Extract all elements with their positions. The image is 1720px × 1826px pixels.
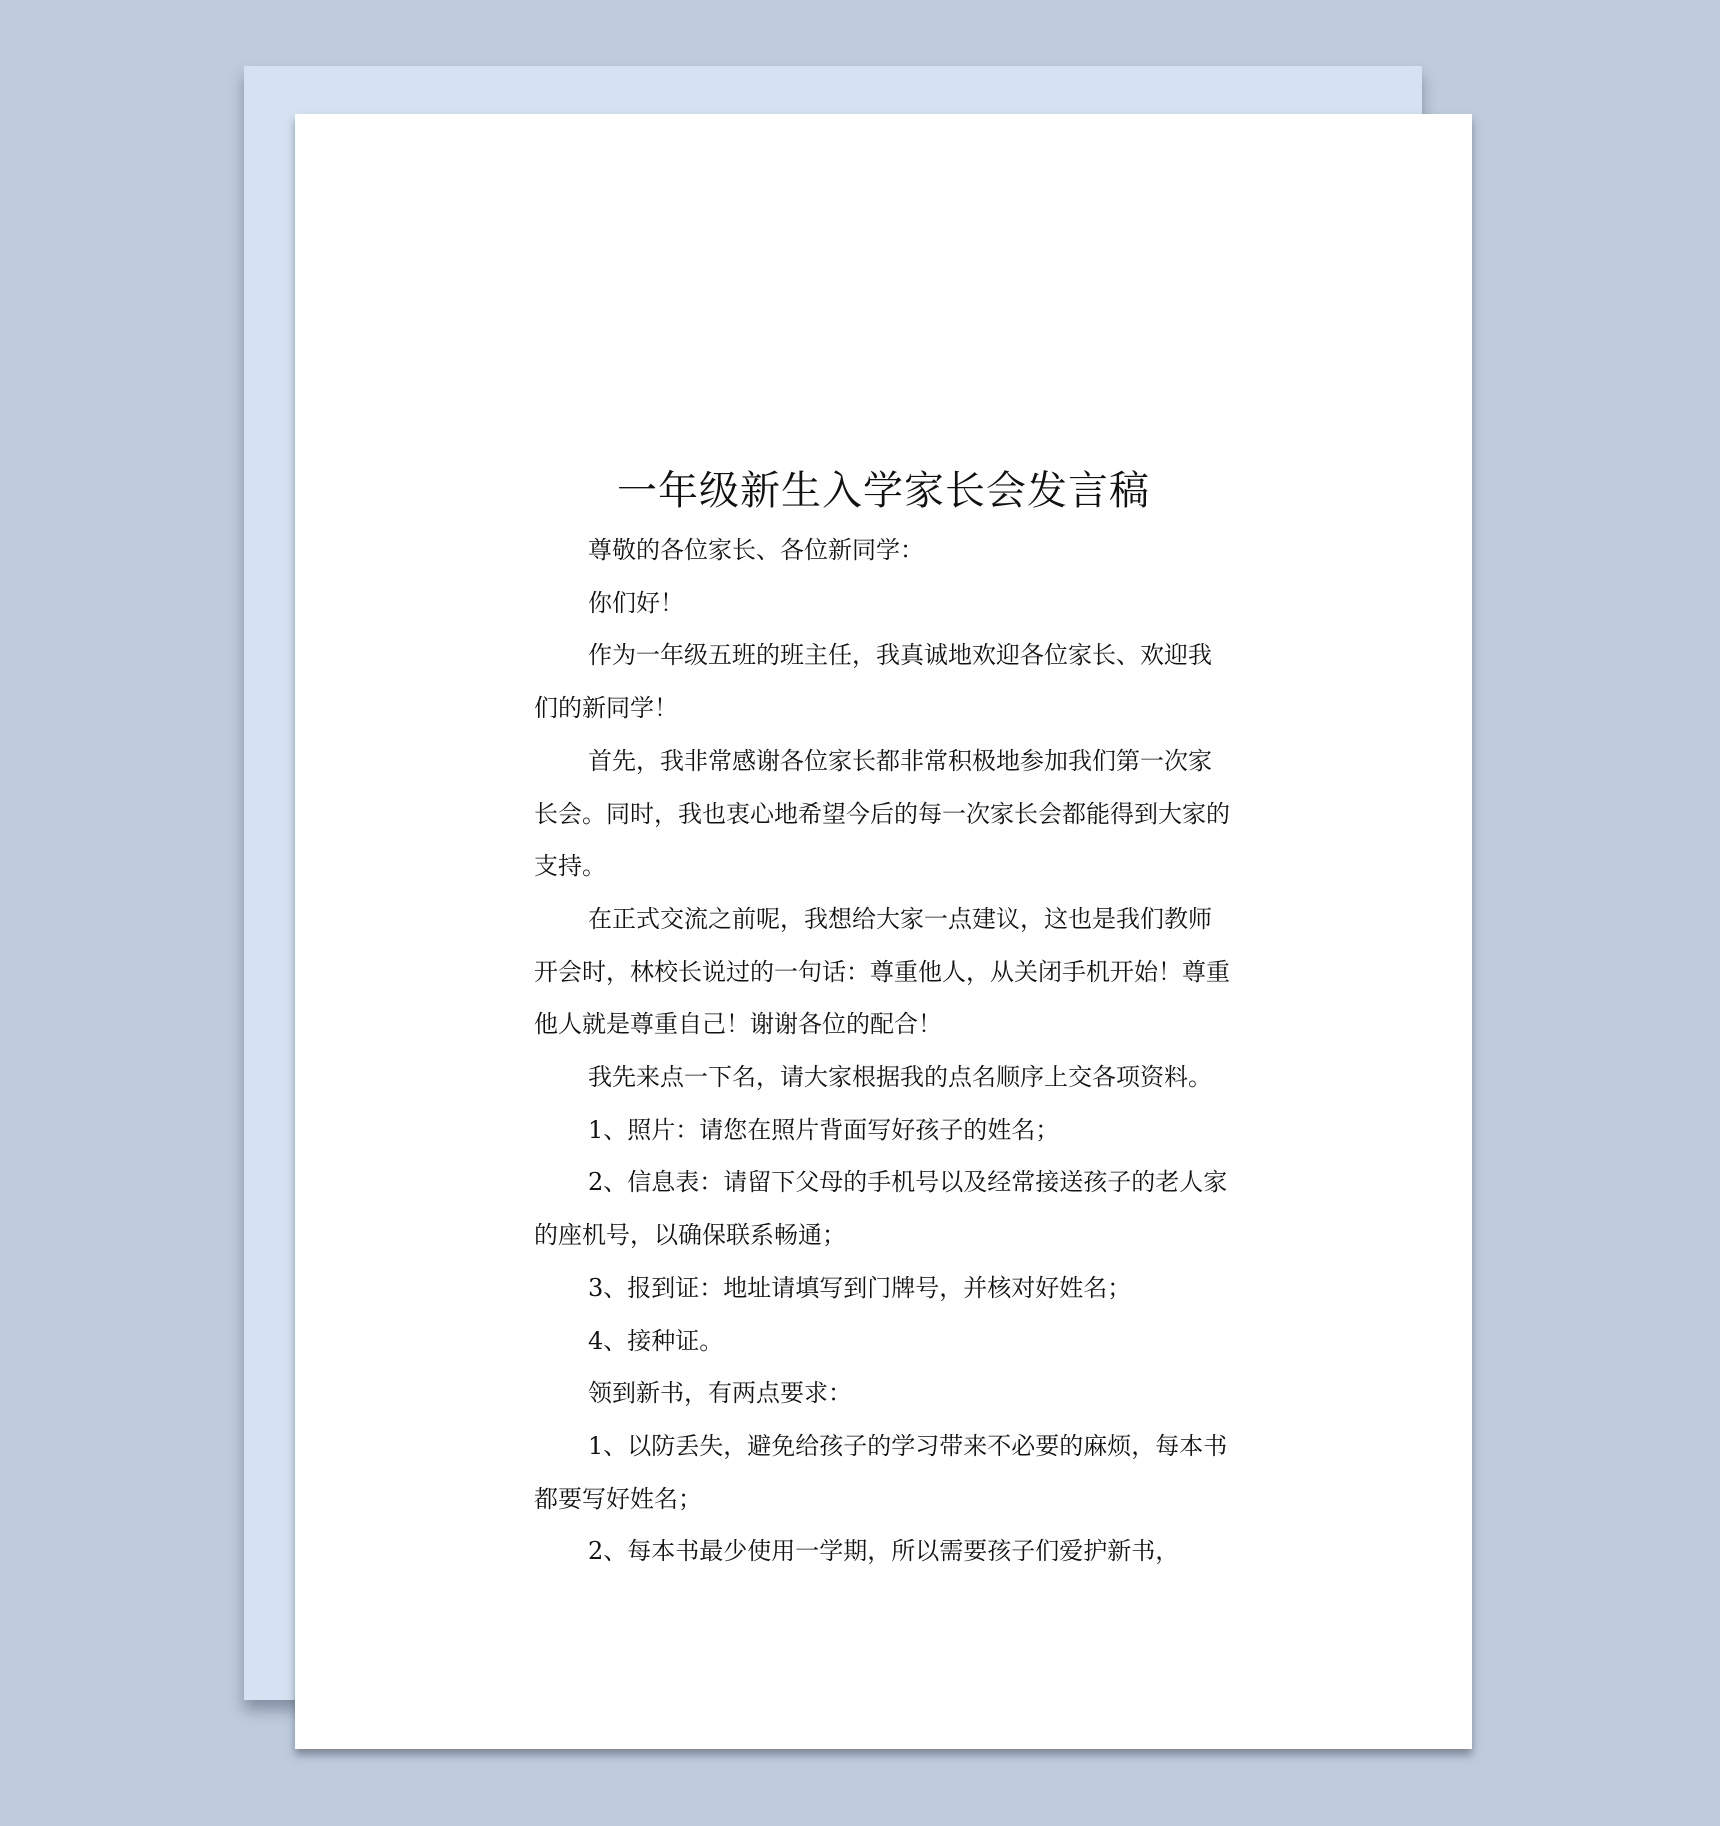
paragraph: 尊敬的各位家长、各位新同学：: [534, 524, 1234, 577]
paragraph: 首先，我非常感谢各位家长都非常积极地参加我们第一次家长会。同时，我也衷心地希望今…: [534, 735, 1234, 893]
paragraph: 我先来点一下名，请大家根据我的点名顺序上交各项资料。: [534, 1051, 1234, 1104]
paragraph: 作为一年级五班的班主任，我真诚地欢迎各位家长、欢迎我们的新同学！: [534, 629, 1234, 734]
document-page: 一年级新生入学家长会发言稿 尊敬的各位家长、各位新同学： 你们好！ 作为一年级五…: [295, 114, 1472, 1749]
document-title: 一年级新生入学家长会发言稿: [295, 459, 1472, 516]
paragraph: 4、接种证。: [534, 1315, 1234, 1368]
document-body: 尊敬的各位家长、各位新同学： 你们好！ 作为一年级五班的班主任，我真诚地欢迎各位…: [534, 524, 1234, 1578]
paragraph: 1、以防丢失，避免给孩子的学习带来不必要的麻烦，每本书都要写好姓名；: [534, 1420, 1234, 1525]
paragraph: 在正式交流之前呢，我想给大家一点建议，这也是我们教师开会时，林校长说过的一句话：…: [534, 893, 1234, 1051]
paragraph: 领到新书，有两点要求：: [534, 1367, 1234, 1420]
paragraph: 2、信息表：请留下父母的手机号以及经常接送孩子的老人家的座机号，以确保联系畅通；: [534, 1156, 1234, 1261]
paragraph: 你们好！: [534, 577, 1234, 630]
paragraph: 3、报到证：地址请填写到门牌号，并核对好姓名；: [534, 1262, 1234, 1315]
paragraph: 2、每本书最少使用一学期，所以需要孩子们爱护新书，: [534, 1525, 1234, 1578]
paragraph: 1、照片：请您在照片背面写好孩子的姓名；: [534, 1104, 1234, 1157]
